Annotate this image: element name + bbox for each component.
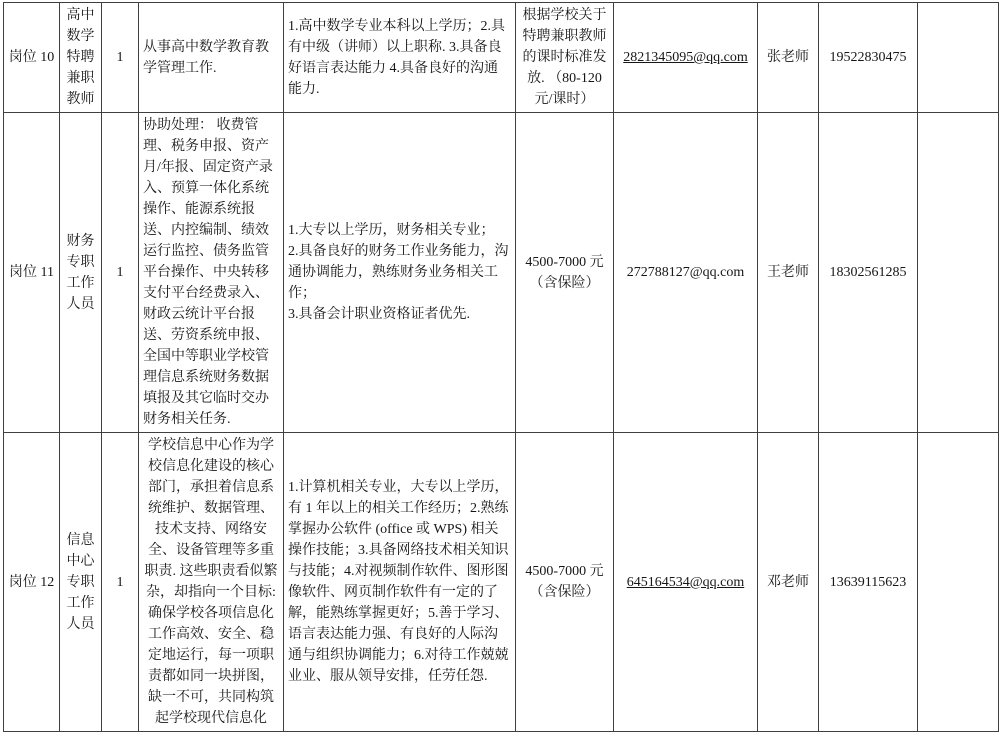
- position-name-cell: 信息 中心 专职 工作 人员: [60, 433, 102, 732]
- position-id-cell: 岗位 10: [4, 3, 60, 113]
- requirements-cell: 1.计算机相关专业，大专以上学历，有 1 年以上的相关工作经历；2.熟练掌握办公…: [284, 433, 516, 732]
- salary-cell: 4500-7000 元 （含保险）: [516, 433, 614, 732]
- requirements-cell: 1.大专以上学历，财务相关专业； 2.具备良好的财务工作业务能力，沟通协调能力，…: [284, 113, 516, 433]
- salary-cell: 4500-7000 元 （含保险）: [516, 113, 614, 433]
- email-link[interactable]: 645164534@qq.com: [627, 575, 745, 590]
- email-cell: 272788127@qq.com: [614, 113, 758, 433]
- position-name-cell: 财务 专职 工作 人员: [60, 113, 102, 433]
- table-row: 岗位 10 高中 数学 特聘 兼职 教师 1 从事高中数学教育教学管理工作. 1…: [4, 3, 999, 113]
- notes-cell: [918, 113, 999, 433]
- contact-cell: 邓老师: [758, 433, 819, 732]
- email-text: 272788127@qq.com: [627, 265, 745, 280]
- notes-cell: [918, 433, 999, 732]
- position-id-cell: 岗位 12: [4, 433, 60, 732]
- headcount-cell: 1: [102, 113, 139, 433]
- duties-cell: 学校信息中心作为学校信息化建设的核心部门，承担着信息系统维护、数据管理、技术支持…: [139, 433, 284, 732]
- email-cell: 645164534@qq.com: [614, 433, 758, 732]
- document-page: 岗位 10 高中 数学 特聘 兼职 教师 1 从事高中数学教育教学管理工作. 1…: [0, 0, 1000, 641]
- headcount-cell: 1: [102, 433, 139, 732]
- phone-cell: 18302561285: [819, 113, 918, 433]
- email-cell: 2821345095@qq.com: [614, 3, 758, 113]
- salary-cell: 根据学校关于 特聘兼职教师 的课时标准发 放. （80-120 元/课时）: [516, 3, 614, 113]
- position-id-cell: 岗位 11: [4, 113, 60, 433]
- duties-cell: 协助处理： 收费管理、税务申报、资产月/年报、固定资产录入、预算一体化系统操作、…: [139, 113, 284, 433]
- phone-cell: 13639115623: [819, 433, 918, 732]
- headcount-cell: 1: [102, 3, 139, 113]
- position-name-cell: 高中 数学 特聘 兼职 教师: [60, 3, 102, 113]
- requirements-cell: 1.高中数学专业本科以上学历；2.具有中级（讲师）以上职称. 3.具备良好语言表…: [284, 3, 516, 113]
- contact-cell: 张老师: [758, 3, 819, 113]
- duties-cell: 从事高中数学教育教学管理工作.: [139, 3, 284, 113]
- contact-cell: 王老师: [758, 113, 819, 433]
- job-positions-table: 岗位 10 高中 数学 特聘 兼职 教师 1 从事高中数学教育教学管理工作. 1…: [3, 2, 999, 732]
- table-row: 岗位 11 财务 专职 工作 人员 1 协助处理： 收费管理、税务申报、资产月/…: [4, 113, 999, 433]
- table-row: 岗位 12 信息 中心 专职 工作 人员 1 学校信息中心作为学校信息化建设的核…: [4, 433, 999, 732]
- email-link[interactable]: 2821345095@qq.com: [623, 50, 748, 65]
- notes-cell: [918, 3, 999, 113]
- phone-cell: 19522830475: [819, 3, 918, 113]
